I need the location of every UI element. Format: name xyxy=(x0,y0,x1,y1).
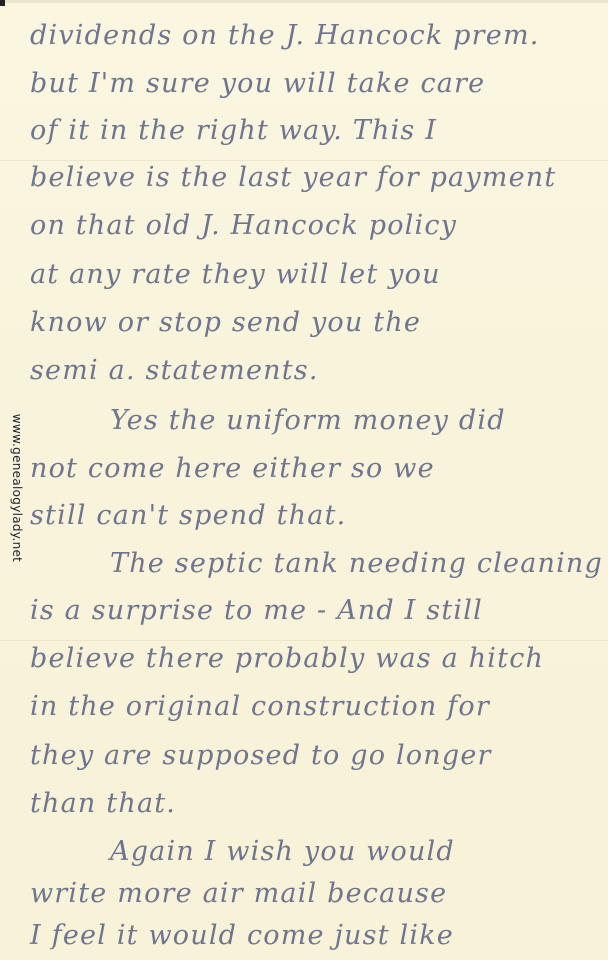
handwritten-line: Yes the uniform money did xyxy=(110,407,506,434)
handwritten-line: believe is the last year for payment xyxy=(30,164,556,191)
handwritten-line: not come here either so we xyxy=(30,455,435,482)
handwritten-line: still can't spend that. xyxy=(30,502,346,529)
handwritten-line: know or stop send you the xyxy=(30,309,421,336)
watermark-text: www.genealogylady.net xyxy=(10,413,24,561)
handwritten-line: is a surprise to me - And I still xyxy=(30,597,483,624)
paper-fold-line xyxy=(0,640,608,641)
handwritten-line: The septic tank needing cleaning xyxy=(110,550,603,577)
handwritten-line: on that old J. Hancock policy xyxy=(30,212,457,239)
handwritten-line: in the original construction for xyxy=(30,693,490,720)
handwritten-line: but I'm sure you will take care xyxy=(30,70,485,97)
handwritten-line: of it in the right way. This I xyxy=(30,117,437,144)
paper-fold-line xyxy=(0,160,608,161)
scan-corner-mark xyxy=(0,0,5,6)
handwritten-line: Again I wish you would xyxy=(110,838,455,865)
handwritten-line: at any rate they will let you xyxy=(30,261,441,288)
handwritten-line: they are supposed to go longer xyxy=(30,742,492,769)
handwritten-line: than that. xyxy=(30,790,176,817)
letter-page: www.genealogylady.net dividends on the J… xyxy=(0,0,608,960)
handwritten-line: believe there probably was a hitch xyxy=(30,645,544,672)
handwritten-line: write more air mail because xyxy=(30,880,447,907)
handwritten-line: semi a. statements. xyxy=(30,357,319,384)
handwritten-line: dividends on the J. Hancock prem. xyxy=(30,22,540,49)
watermark: www.genealogylady.net xyxy=(6,395,28,580)
scan-top-edge xyxy=(0,0,608,3)
handwritten-line: I feel it would come just like xyxy=(30,922,454,949)
